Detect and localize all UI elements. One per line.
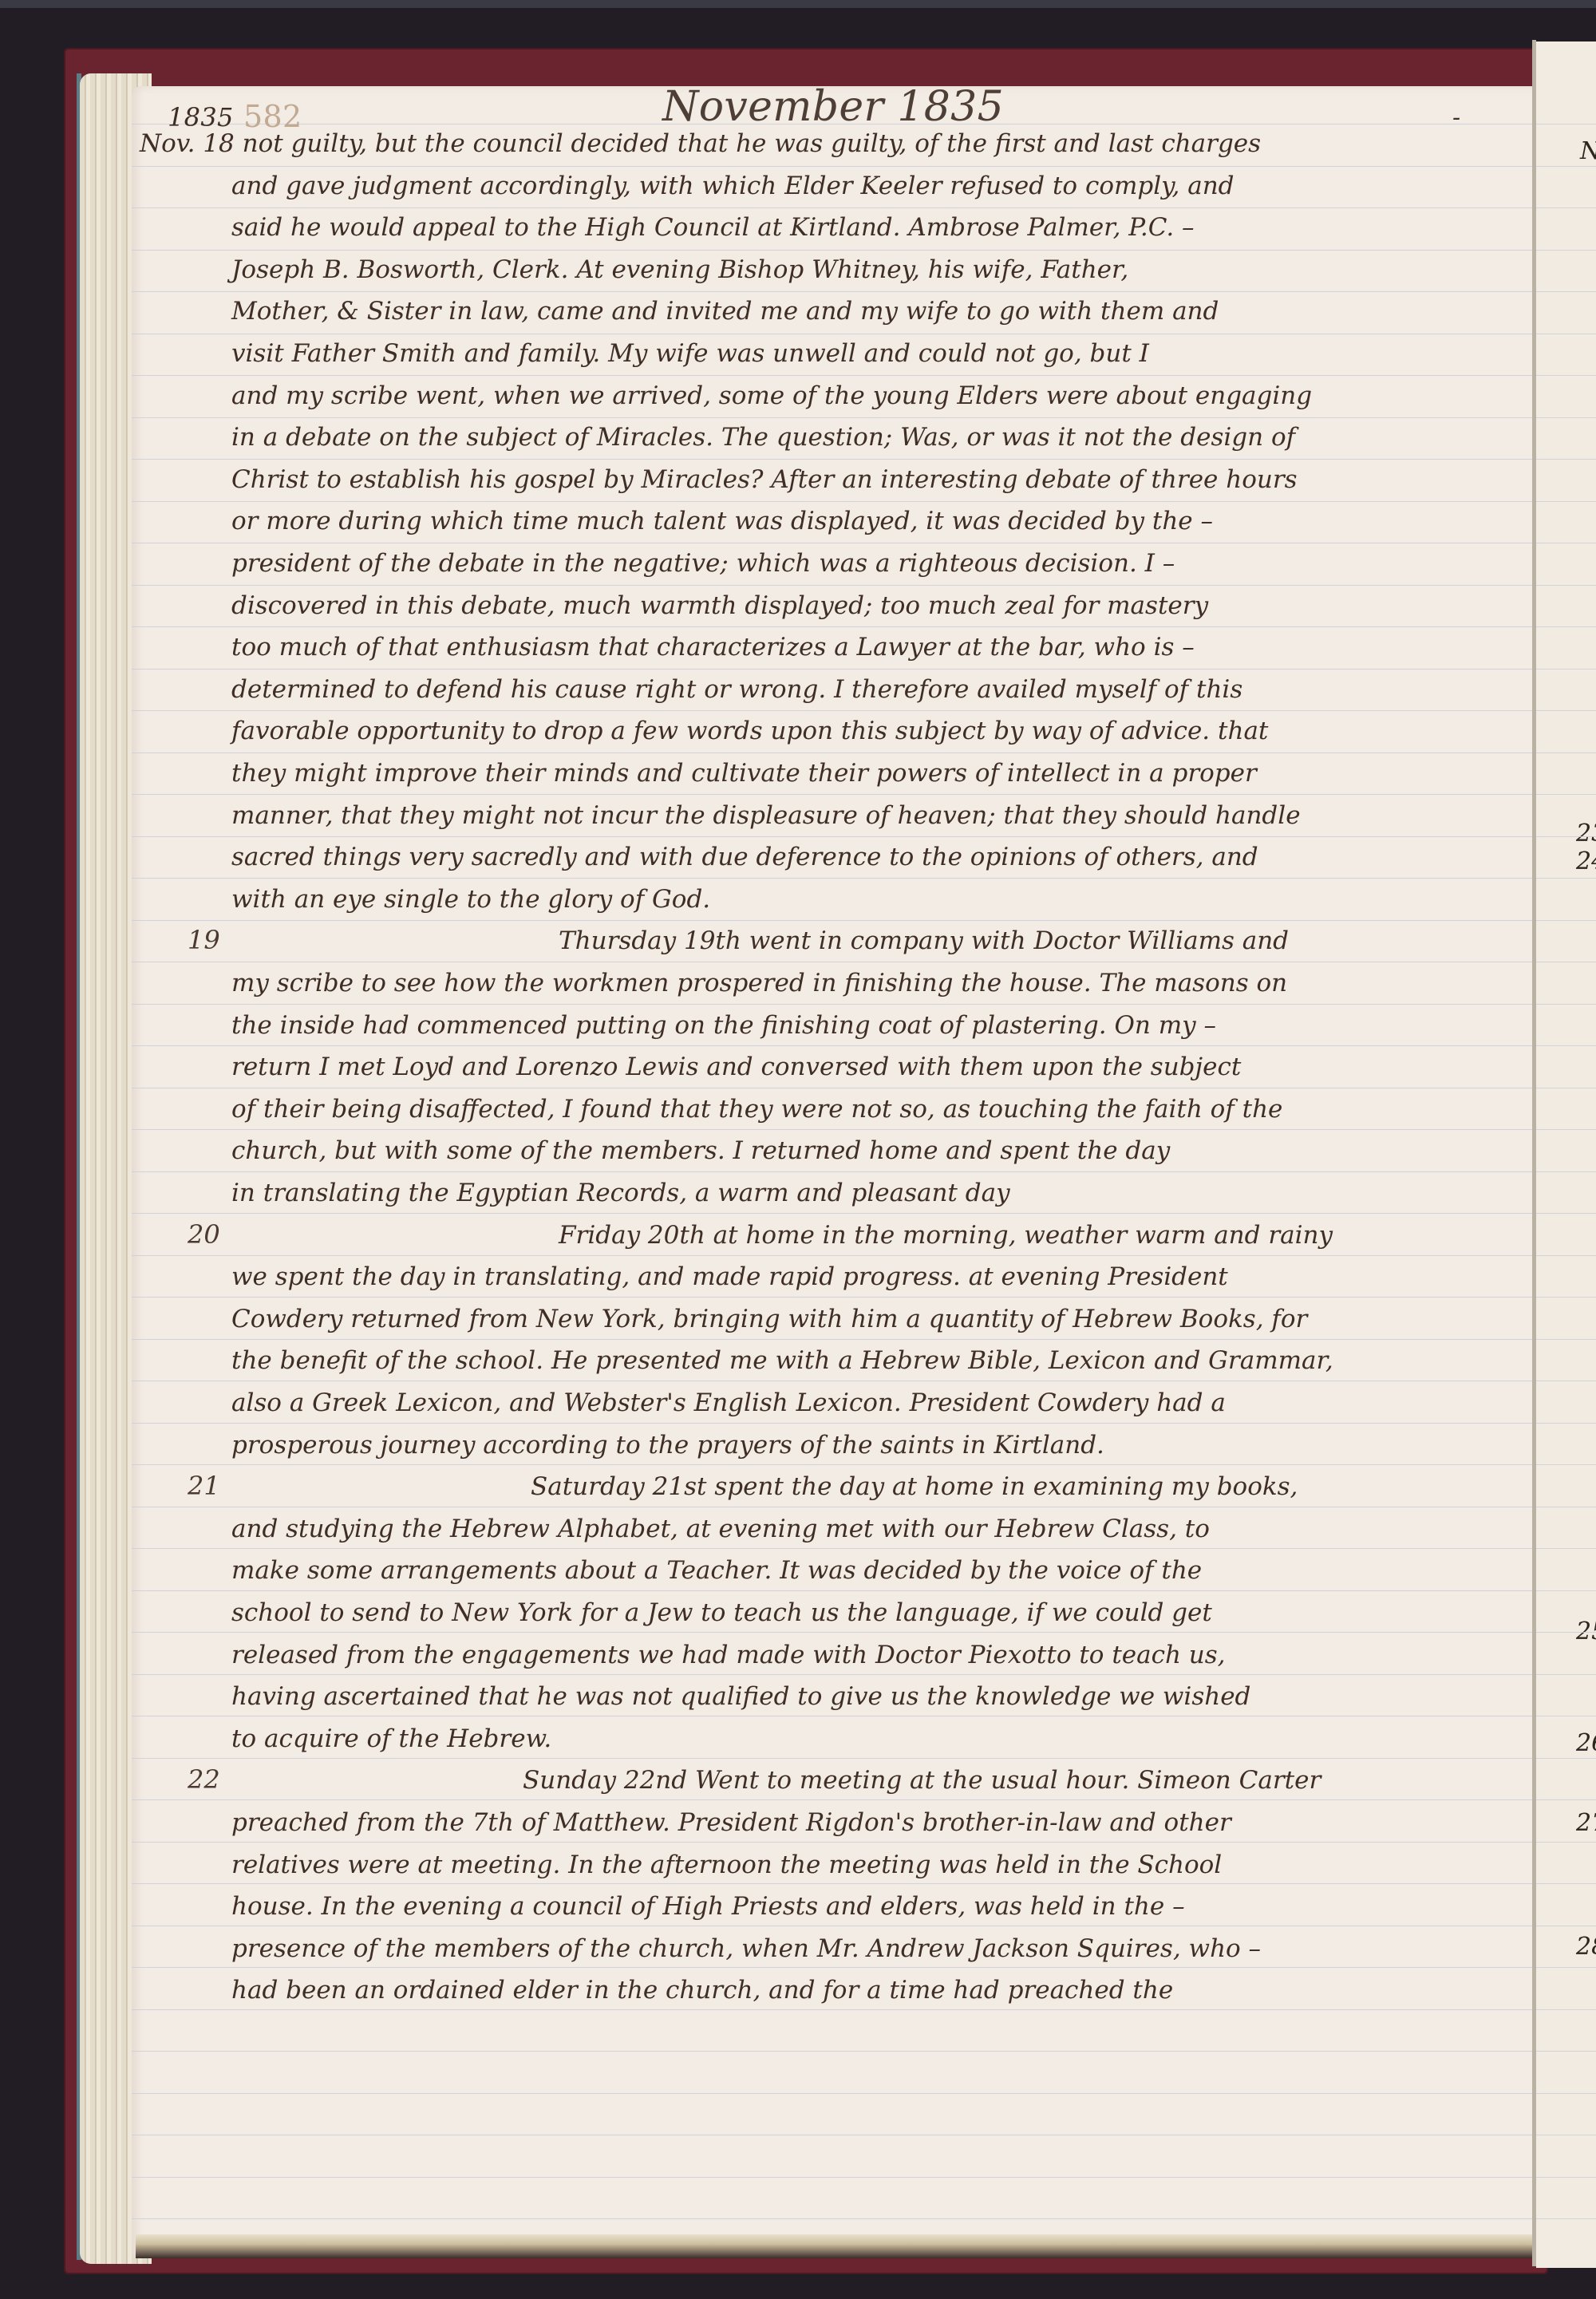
ruled-line (1536, 375, 1596, 376)
ruled-line (1536, 543, 1596, 543)
ruled-line (132, 1799, 1536, 1800)
journal-line: had been an ordained elder in the church… (231, 1976, 1173, 2005)
adjacent-margin-date: 28 (1576, 1933, 1596, 1961)
ruled-line (1536, 1548, 1596, 1549)
ruled-line (1536, 1004, 1596, 1005)
ruled-line (1536, 124, 1596, 124)
ruled-line (132, 166, 1536, 167)
journal-line: Mother, & Sister in law, came and invite… (231, 297, 1219, 326)
ruled-line (132, 1297, 1536, 1298)
journal-line: school to send to New York for a Jew to … (231, 1598, 1212, 1627)
ruled-line (1536, 1423, 1596, 1424)
ruled-line (132, 207, 1536, 208)
journal-line: house. In the evening a council of High … (231, 1892, 1185, 1921)
ruled-line (1536, 794, 1596, 795)
ruled-line (132, 585, 1536, 586)
journal-line: having ascertained that he was not quali… (231, 1682, 1250, 1711)
journal-line: Christ to establish his gospel by Miracl… (231, 465, 1298, 494)
ruled-line (1536, 626, 1596, 627)
journal-line: they might improve their minds and culti… (231, 759, 1257, 788)
ruled-line (1536, 207, 1596, 208)
ruled-line (132, 2051, 1536, 2052)
ruled-line (1536, 669, 1596, 670)
ruled-line (132, 501, 1536, 502)
journal-line: preached from the 7th of Matthew. Presid… (231, 1808, 1231, 1837)
ruled-line (1536, 920, 1596, 921)
ruled-line (1536, 1297, 1596, 1298)
ruled-line (1536, 1088, 1596, 1088)
journal-line: Friday 20th at home in the morning, weat… (559, 1221, 1333, 1250)
ruled-line (132, 753, 1536, 753)
ruled-line (132, 1967, 1536, 1968)
ruled-line (132, 459, 1536, 460)
journal-line: sacred things very sacredly and with due… (231, 843, 1258, 871)
journal-line: Joseph B. Bosworth, Clerk. At evening Bi… (231, 255, 1128, 284)
backdrop (0, 0, 1596, 8)
ruled-line (132, 1926, 1536, 1926)
ruled-line (132, 1883, 1536, 1884)
journal-line: we spent the day in translating, and mad… (231, 1262, 1228, 1291)
ruled-line (1536, 1842, 1596, 1843)
margin-date: 21 (188, 1471, 220, 1501)
ruled-line (132, 2177, 1536, 2178)
ruled-line (132, 669, 1536, 670)
ruled-line (132, 626, 1536, 627)
ruled-line (1536, 1213, 1596, 1214)
ruled-line (132, 417, 1536, 418)
ruled-line (1536, 1339, 1596, 1340)
journal-line: or more during which time much talent wa… (231, 507, 1213, 535)
adjacent-margin-date: 24 (1576, 847, 1596, 875)
ruled-line (1536, 878, 1596, 879)
ruled-line (132, 1842, 1536, 1843)
ruled-line (1536, 459, 1596, 460)
journal-line: Nov. 18 not guilty, but the council deci… (140, 129, 1261, 158)
journal-line: determined to defend his cause right or … (231, 675, 1242, 704)
ruled-line (1536, 2093, 1596, 2094)
ruled-line (132, 1716, 1536, 1716)
journal-line: prosperous journey according to the pray… (231, 1431, 1104, 1460)
ruled-line (132, 1339, 1536, 1340)
ruled-line (132, 1548, 1536, 1549)
journal-line: manner, that they might not incur the di… (231, 801, 1301, 830)
ruled-line (1536, 836, 1596, 837)
journal-line: relatives were at meeting. In the aftern… (231, 1851, 1222, 1879)
journal-line: and my scribe went, when we arrived, som… (231, 381, 1312, 410)
journal-line: Saturday 21st spent the day at home in e… (531, 1472, 1298, 1501)
journal-line: church, but with some of the members. I … (231, 1136, 1170, 1165)
ruled-line (1536, 1255, 1596, 1256)
journal-line: of their being disaffected, I found that… (231, 1095, 1282, 1124)
journal-line: said he would appeal to the High Council… (231, 213, 1195, 242)
journal-line: presence of the members of the church, w… (231, 1934, 1261, 1963)
ruled-line (1536, 1590, 1596, 1591)
journal-line: discovered in this debate, much warmth d… (231, 591, 1208, 620)
ruled-line (132, 1674, 1536, 1675)
journal-line: make some arrangements about a Teacher. … (231, 1556, 1202, 1585)
ruled-line (132, 291, 1536, 292)
ruled-line (1536, 962, 1596, 962)
journal-line: president of the debate in the negative;… (231, 549, 1175, 578)
journal-line: Cowdery returned from New York, bringing… (231, 1305, 1307, 1333)
journal-line: released from the engagements we had mad… (231, 1641, 1226, 1669)
ruled-line (132, 1045, 1536, 1046)
ruled-line (132, 1381, 1536, 1381)
ruled-line (1536, 2177, 1596, 2178)
ruled-line (1536, 1758, 1596, 1759)
ruled-line (132, 1004, 1536, 1005)
journal-line: the inside had commenced putting on the … (231, 1011, 1216, 1040)
page-bottom-edge (136, 2234, 1532, 2258)
journal-line: visit Father Smith and family. My wife w… (231, 339, 1149, 368)
journal-line: favorable opportunity to drop a few word… (231, 717, 1268, 745)
ruled-line (1536, 1381, 1596, 1381)
ruled-line (132, 1255, 1536, 1256)
ruled-line (132, 794, 1536, 795)
ruled-line (1536, 1967, 1596, 1968)
journal-line: in translating the Egyptian Records, a w… (231, 1179, 1010, 1207)
ruled-line (132, 334, 1536, 334)
ruled-line (1536, 585, 1596, 586)
margin-date: 19 (188, 925, 220, 955)
ruled-line (1536, 1129, 1596, 1130)
ruled-line (1536, 1464, 1596, 1465)
journal-line: to acquire of the Hebrew. (231, 1724, 551, 1753)
ruled-line (1536, 1171, 1596, 1172)
ruled-line (1536, 753, 1596, 753)
ruled-line (1536, 2009, 1596, 2010)
journal-page (132, 86, 1536, 2258)
journal-line: too much of that enthusiasm that charact… (231, 633, 1195, 662)
ruled-line (132, 878, 1536, 879)
journal-line: return I met Loyd and Lorenzo Lewis and … (231, 1053, 1241, 1081)
ruled-line (132, 836, 1536, 837)
adjacent-page: 183 Nov. 2 23 24 25 26 27 28 (1536, 41, 1596, 2268)
page-title: November 1835 (662, 83, 1004, 131)
ruled-line (132, 2218, 1536, 2219)
ruled-line (132, 1464, 1536, 1465)
ruled-line (132, 1507, 1536, 1507)
ruled-line (1536, 291, 1596, 292)
ruled-line (132, 1213, 1536, 1214)
journal-line: Sunday 22nd Went to meeting at the usual… (523, 1766, 1321, 1795)
margin-date: 20 (188, 1219, 220, 1250)
ruled-line (132, 1129, 1536, 1130)
ruled-line (1536, 710, 1596, 711)
ruled-line (1536, 2218, 1596, 2219)
ruled-line (132, 1171, 1536, 1172)
journal-line: my scribe to see how the workmen prosper… (231, 969, 1287, 997)
ruled-line (132, 710, 1536, 711)
ruled-line (132, 1632, 1536, 1633)
ruled-line (1536, 2135, 1596, 2135)
ruled-line (1536, 1045, 1596, 1046)
ruled-line (1536, 501, 1596, 502)
ruled-line (1536, 250, 1596, 251)
journal-line: Thursday 19th went in company with Docto… (559, 926, 1289, 955)
ruled-line (1536, 1507, 1596, 1507)
journal-line: and gave judgment accordingly, with whic… (231, 172, 1235, 200)
ruled-line (132, 2093, 1536, 2094)
adjacent-margin-date: 23 (1576, 820, 1596, 847)
ruled-line (132, 2009, 1536, 2010)
journal-line: also a Greek Lexicon, and Webster's Engl… (231, 1388, 1226, 1417)
ruled-line (132, 1758, 1536, 1759)
ruled-line (132, 1088, 1536, 1088)
ruled-line (132, 1590, 1536, 1591)
ruled-line (1536, 1716, 1596, 1716)
header-mark: - (1452, 104, 1460, 132)
ruled-line (1536, 1799, 1596, 1800)
ruled-line (132, 1423, 1536, 1424)
ruled-line (1536, 2051, 1596, 2052)
ruled-line (1536, 1674, 1596, 1675)
journal-line: in a debate on the subject of Miracles. … (231, 423, 1295, 452)
journal-line: with an eye single to the glory of God. (231, 885, 710, 914)
journal-line: and studying the Hebrew Alphabet, at eve… (231, 1515, 1210, 1543)
adjacent-margin-date: 26 (1576, 1729, 1596, 1757)
ruled-line (132, 962, 1536, 962)
ruled-line (132, 250, 1536, 251)
header-year: 1835 (168, 102, 234, 132)
ruled-line (132, 375, 1536, 376)
ruled-line (132, 543, 1536, 543)
ruled-line (1536, 166, 1596, 167)
ruled-line (132, 2135, 1536, 2135)
journal-line: the benefit of the school. He presented … (231, 1346, 1333, 1375)
ruled-line (132, 920, 1536, 921)
adjacent-first-line-fragment: Nov. 2 (1580, 137, 1596, 165)
ruled-line (1536, 1883, 1596, 1884)
ruled-line (1536, 1632, 1596, 1633)
ruled-line (1536, 417, 1596, 418)
margin-date: 22 (188, 1764, 220, 1795)
adjacent-margin-date: 27 (1576, 1809, 1596, 1837)
ruled-line (1536, 334, 1596, 334)
ruled-line (1536, 1926, 1596, 1926)
